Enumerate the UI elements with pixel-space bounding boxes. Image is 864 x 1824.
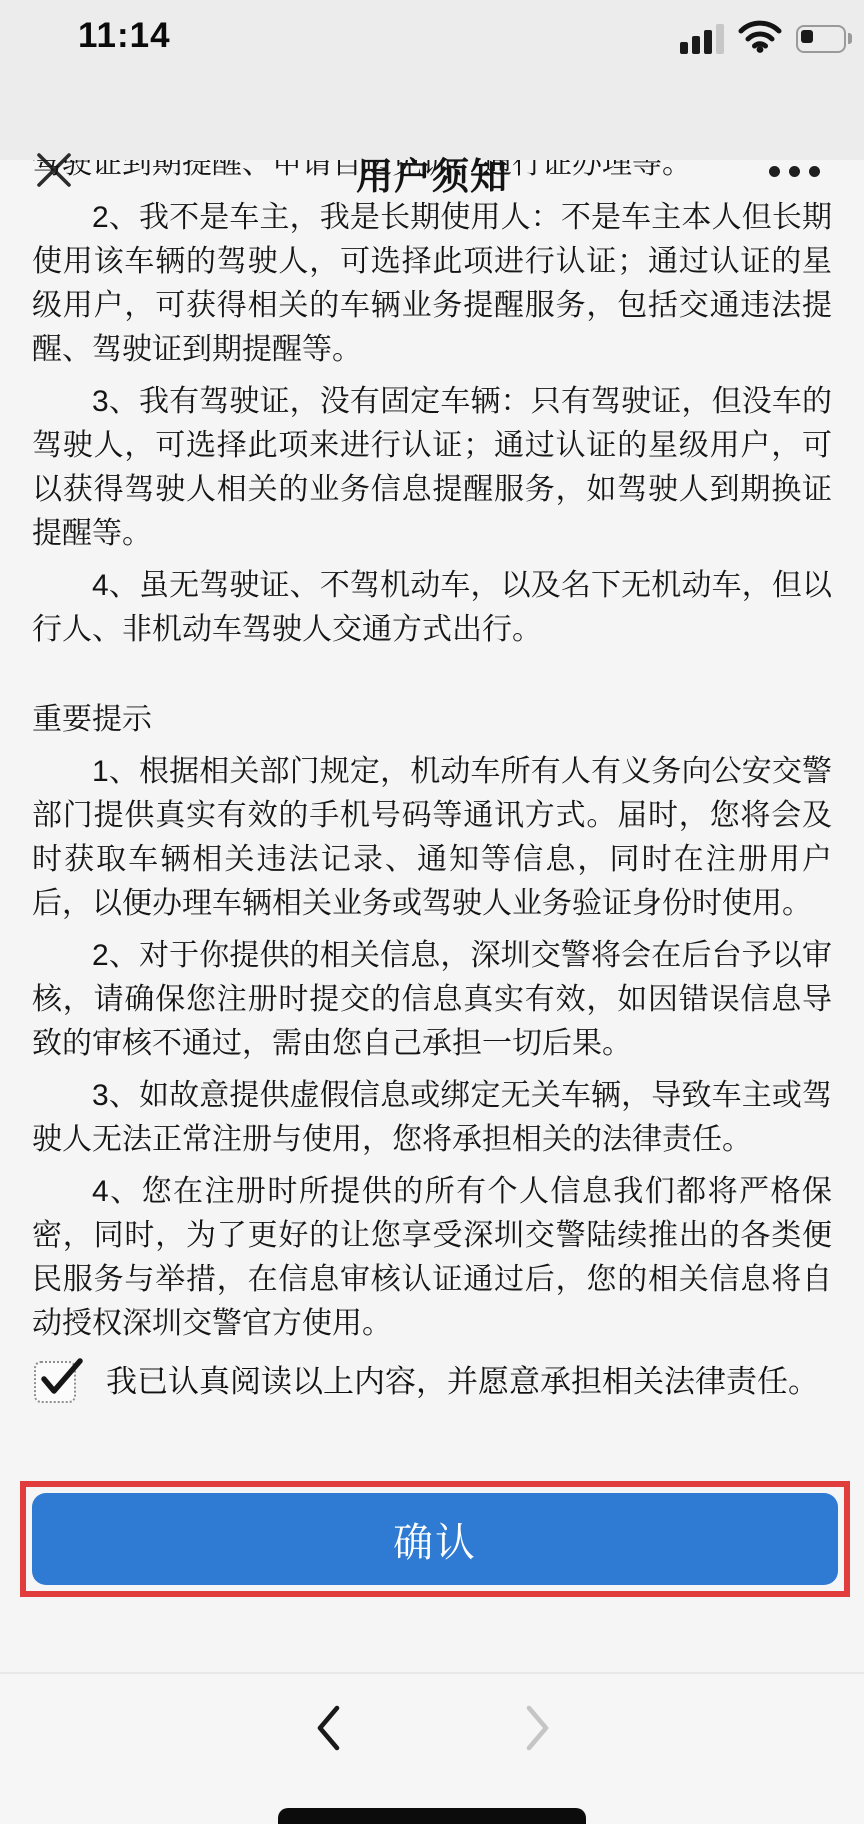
agreement-label: 我已认真阅读以上内容，并愿意承担相关法律责任。 <box>106 1360 819 1404</box>
forward-chevron-icon[interactable] <box>524 1704 552 1757</box>
user-notice-page: { "status_bar": { "time": "11:14", "icon… <box>0 0 864 1824</box>
home-indicator <box>278 1808 586 1824</box>
top-chrome: 11:14 用户须知 <box>0 0 864 160</box>
annotation-highlight-box: 确认 <box>20 1481 850 1597</box>
battery-icon <box>796 25 846 53</box>
bottom-toolbar <box>0 1672 864 1824</box>
important-paragraph: 3、如故意提供虚假信息或绑定无关车辆，导致车主或驾驶人无法正常注册与使用，您将承… <box>32 1074 832 1162</box>
confirm-button[interactable]: 确认 <box>32 1493 838 1585</box>
agreement-row: 我已认真阅读以上内容，并愿意承担相关法律责任。 <box>34 1360 819 1404</box>
checkmark-icon <box>39 1355 85 1397</box>
clipped-text-line: 驾驶证到期提醒、申请自边免训、通行证办理等。 <box>32 160 832 186</box>
back-chevron-icon[interactable] <box>314 1704 342 1757</box>
status-icons <box>680 20 846 58</box>
agreement-checkbox[interactable] <box>34 1361 76 1403</box>
notice-paragraph: 4、虽无驾驶证、不驾机动车，以及名下无机动车，但以行人、非机动车驾驶人交通方式出… <box>32 564 832 652</box>
notice-paragraph: 2、我不是车主，我是长期使用人：不是车主本人但长期使用该车辆的驾驶人，可选择此项… <box>32 196 832 372</box>
important-notes-heading: 重要提示 <box>32 698 832 742</box>
important-paragraph: 1、根据相关部门规定，机动车所有人有义务向公安交警部门提供真实有效的手机号码等通… <box>32 750 832 926</box>
cellular-signal-icon <box>680 24 724 54</box>
important-paragraph: 4、您在注册时所提供的所有个人信息我们都将严格保密，同时，为了更好的让您享受深圳… <box>32 1170 832 1346</box>
nav-bar: 用户须知 <box>0 60 864 160</box>
important-paragraph: 2、对于你提供的相关信息，深圳交警将会在后台予以审核，请确保您注册时提交的信息真… <box>32 934 832 1066</box>
status-time: 11:14 <box>78 16 171 56</box>
wifi-icon <box>738 20 782 58</box>
notice-paragraph: 3、我有驾驶证，没有固定车辆：只有驾驶证，但没车的驾驶人，可选择此项来进行认证；… <box>32 380 832 556</box>
notice-text: 驾驶证到期提醒、申请自边免训、通行证办理等。 2、我不是车主，我是长期使用人：不… <box>32 160 832 1354</box>
